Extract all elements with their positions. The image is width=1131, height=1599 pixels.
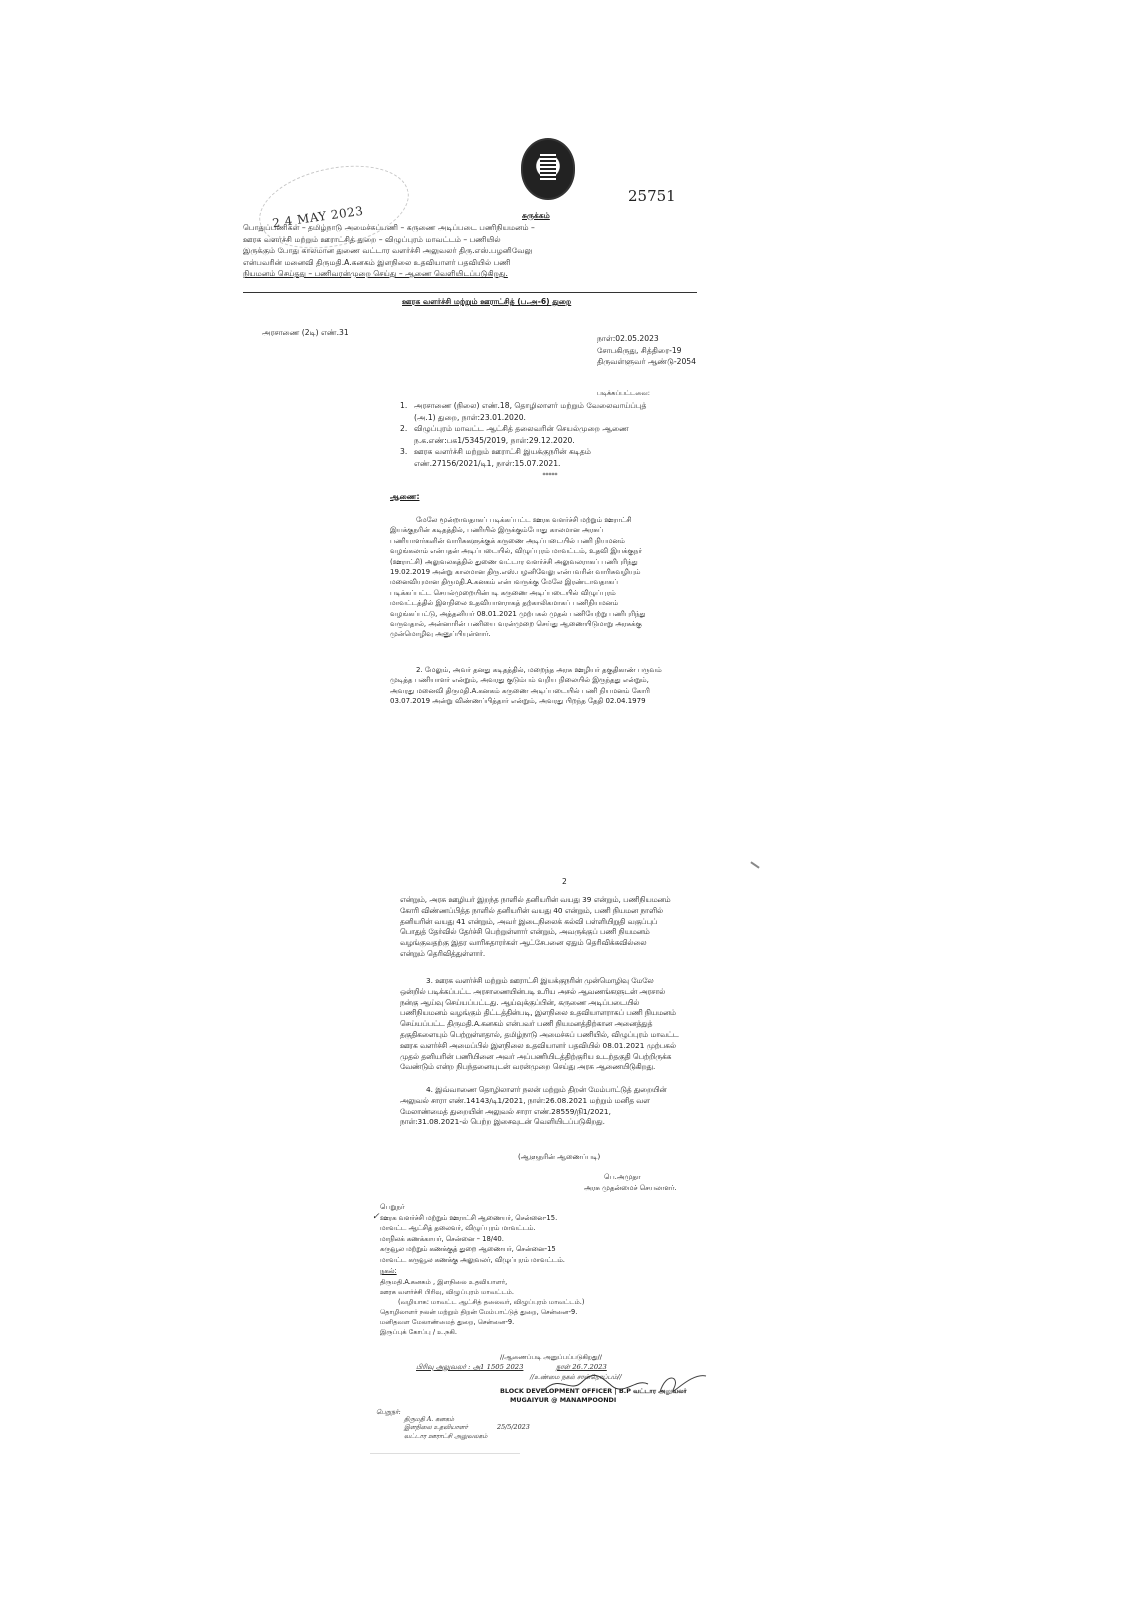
paragraph-3: 3. ஊரக வளர்ச்சி மற்றும் ஊராட்சி இயக்குநர… bbox=[400, 976, 795, 1073]
recipients-list: ஊரக வளர்ச்சி மற்றும் ஊராட்சி ஆணையர், சென… bbox=[380, 1213, 565, 1265]
document-number: 25751 bbox=[628, 187, 676, 205]
copy-heading: நகல்: bbox=[380, 1266, 397, 1278]
reference-item: 1. அரசாணை (நிலை) எண்.18, தொழிலாளர் மற்று… bbox=[400, 400, 700, 423]
date-line: திருவள்ளுவர் ஆண்டு-2054 bbox=[597, 356, 696, 368]
government-emblem-icon bbox=[521, 138, 575, 200]
tick-mark: ✓ bbox=[372, 1212, 380, 1222]
department-name: ஊரக வளர்ச்சி மற்றும் ஊராட்சித் (ப.அ-6) த… bbox=[402, 296, 571, 308]
copy-recipient: இருப்புக் கோப்பு / உ.நகி. bbox=[380, 1327, 584, 1337]
abstract-heading: சுருக்கம் bbox=[522, 210, 550, 222]
copy-recipient: தொழிலாளர் நலன் மற்றும் திறன் மேம்பாட்டுத… bbox=[380, 1307, 584, 1317]
date-block: நாள்:02.05.2023 சோபகிருது, சித்திரை-19 த… bbox=[597, 333, 696, 368]
reference-item: 2. விழுப்புரம் மாவட்ட ஆட்சித் தலைவரின் ச… bbox=[400, 423, 700, 446]
paragraph-2: 2. மேலும், அவர் தனது கடிதத்தில், மறைந்த … bbox=[390, 665, 735, 707]
abstract-line: பொதுப்பணிகள் – தமிழ்நாடு அமைச்சுப்பணி – … bbox=[243, 222, 697, 234]
date-line: சோபகிருது, சித்திரை-19 bbox=[597, 345, 696, 357]
by-order-of-governor: (ஆளுநரின் ஆணைப்படி) bbox=[518, 1152, 600, 1164]
references-list: 1. அரசாணை (நிலை) எண்.18, தொழிலாளர் மற்று… bbox=[400, 400, 700, 481]
abstract-block: பொதுப்பணிகள் – தமிழ்நாடு அமைச்சுப்பணி – … bbox=[243, 222, 697, 280]
bottom-note-block: திருமதி A. கனகம் இளநிலை உதவியாளர் வட்டார… bbox=[404, 1416, 487, 1441]
abstract-line: ஊரக வளர்ச்சி மற்றும் ஊராட்சித் துறை – வி… bbox=[243, 234, 697, 246]
scan-mark bbox=[750, 861, 759, 868]
to-heading: பெறுநர் bbox=[380, 1202, 405, 1214]
abstract-line: இருக்கும் போது காலமான துணை வட்டார வளர்ச்… bbox=[243, 245, 697, 257]
references-heading: படிக்கப்பட்டவை: bbox=[597, 388, 650, 400]
paragraph-1: மேலே மூன்றாவதாகப் படிக்கப்பட்ட ஊரக வளர்ச… bbox=[390, 515, 735, 640]
signatory-name: பெ.அமுதா bbox=[604, 1172, 641, 1184]
copy-recipient: (வழியாக: மாவட்ட ஆட்சித் தலைவர், விழுப்பு… bbox=[380, 1297, 584, 1307]
scan-edge-line bbox=[370, 1453, 520, 1454]
bdo-stamp-line-2: MUGAIYUR @ MANAMPOONDI bbox=[510, 1395, 616, 1407]
copy-recipient: ஊரக வளர்ச்சி பிரிவு, விழுப்புரம் மாவட்டம… bbox=[380, 1287, 584, 1297]
abstract-line: என்பவரின் மனைவி திருமதி.A.கனகம் இளநிலை உ… bbox=[243, 257, 697, 269]
abstract-line: நியமனம் செய்தது – பணிவரன்முறை செய்து – ஆ… bbox=[243, 268, 697, 280]
paragraph-2-continued: என்றும், அரசு ஊழியர் இறந்த நாளில் தனியரி… bbox=[400, 895, 795, 960]
copy-recipient: மனிதவள மேலாண்மைத் துறை, சென்னை-9. bbox=[380, 1317, 584, 1327]
recipient: மாவட்ட கருவூல கணக்கு அலுவலர், விழுப்புரம… bbox=[380, 1255, 565, 1265]
separator: ***** bbox=[400, 470, 700, 482]
page-number: 2 bbox=[562, 876, 567, 888]
order-heading: ஆணை: bbox=[390, 491, 420, 503]
recipient: ஊரக வளர்ச்சி மற்றும் ஊராட்சி ஆணையர், சென… bbox=[380, 1213, 565, 1223]
copies-list: திருமதி.A.கனகம் , இளநிலை உதவியாளர், ஊரக … bbox=[380, 1277, 584, 1337]
recipient: மாவட்ட ஆட்சித் தலைவர், விழுப்புரம் மாவட்… bbox=[380, 1223, 565, 1233]
paragraph-4: 4. இவ்வாணை தொழிலாளர் நலன் மற்றும் திறன் … bbox=[400, 1085, 795, 1128]
signatory-title: அரசு முதன்மைச் செயலாளர். bbox=[584, 1183, 677, 1195]
bottom-note-date: 25/5/2023 bbox=[497, 1422, 530, 1434]
abstract-divider bbox=[243, 292, 697, 293]
copy-recipient: திருமதி.A.கனகம் , இளநிலை உதவியாளர், bbox=[380, 1277, 584, 1287]
recipient: கருவூல மற்றும் கணக்குத் துறை ஆணையர், சென… bbox=[380, 1244, 565, 1254]
recipient: மாநிலக் கணக்காயர், சென்னை – 18/40. bbox=[380, 1234, 565, 1244]
date-line: நாள்:02.05.2023 bbox=[597, 333, 696, 345]
reference-item: 3. ஊரக வளர்ச்சி மற்றும் ஊராட்சி இயக்குநர… bbox=[400, 446, 700, 469]
section-officer-reference: பிரிவு அலுவலர் : அ1 1505 2023 bbox=[416, 1362, 523, 1374]
order-number: அரசாணை (2டி) எண்.31 bbox=[262, 327, 349, 339]
bottom-note-label: பெறுநர்: bbox=[376, 1407, 401, 1419]
